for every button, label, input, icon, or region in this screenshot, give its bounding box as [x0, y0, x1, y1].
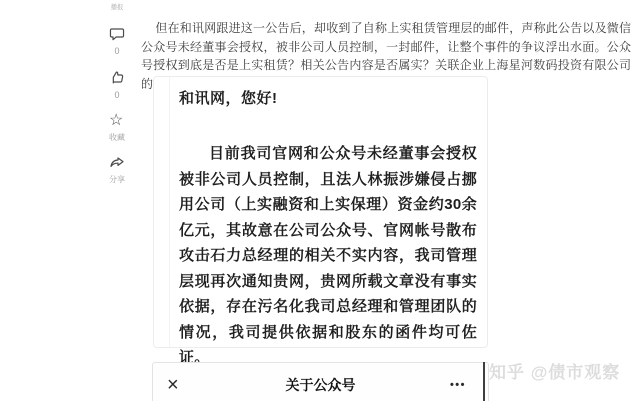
- watermark-text: 知乎 @债市观察: [489, 358, 620, 383]
- letter-body: 目前我司官网和公众号未经董事会授权被非公司人员控制，且法人林振涉嫌侵占挪用公司（…: [179, 141, 477, 371]
- comment-count: 0: [114, 46, 119, 56]
- comment-button[interactable]: 0: [109, 26, 125, 56]
- letter-inner-border: [169, 77, 170, 347]
- letter-greeting: 和讯网，您好!: [179, 89, 477, 109]
- comment-bubble-icon: [109, 26, 125, 42]
- favorite-button[interactable]: ☆ 收藏: [109, 113, 125, 142]
- action-bar-top-label[interactable]: 播报: [111, 3, 124, 11]
- favorite-label: 收藏: [109, 133, 125, 142]
- zhihu-watermark: 知乎 @债市观察: [483, 358, 620, 401]
- action-bar: 播报 0 0 ☆ 收藏 分享: [95, 0, 139, 184]
- star-icon: ☆: [109, 113, 125, 129]
- share-label: 分享: [109, 175, 125, 184]
- wechat-bar-title: 关于公众号: [153, 375, 488, 395]
- letter-image: 和讯网，您好! 目前我司官网和公众号未经董事会授权被非公司人员控制，且法人林振涉…: [153, 76, 488, 348]
- more-menu-icon[interactable]: •••: [450, 379, 466, 391]
- wechat-header-bar: × 关于公众号 •••: [152, 362, 489, 401]
- like-button[interactable]: 0: [109, 70, 125, 100]
- share-button[interactable]: 分享: [109, 155, 125, 184]
- thumbs-up-icon: [109, 70, 125, 86]
- like-count: 0: [114, 90, 119, 100]
- share-arrow-icon: [109, 155, 125, 171]
